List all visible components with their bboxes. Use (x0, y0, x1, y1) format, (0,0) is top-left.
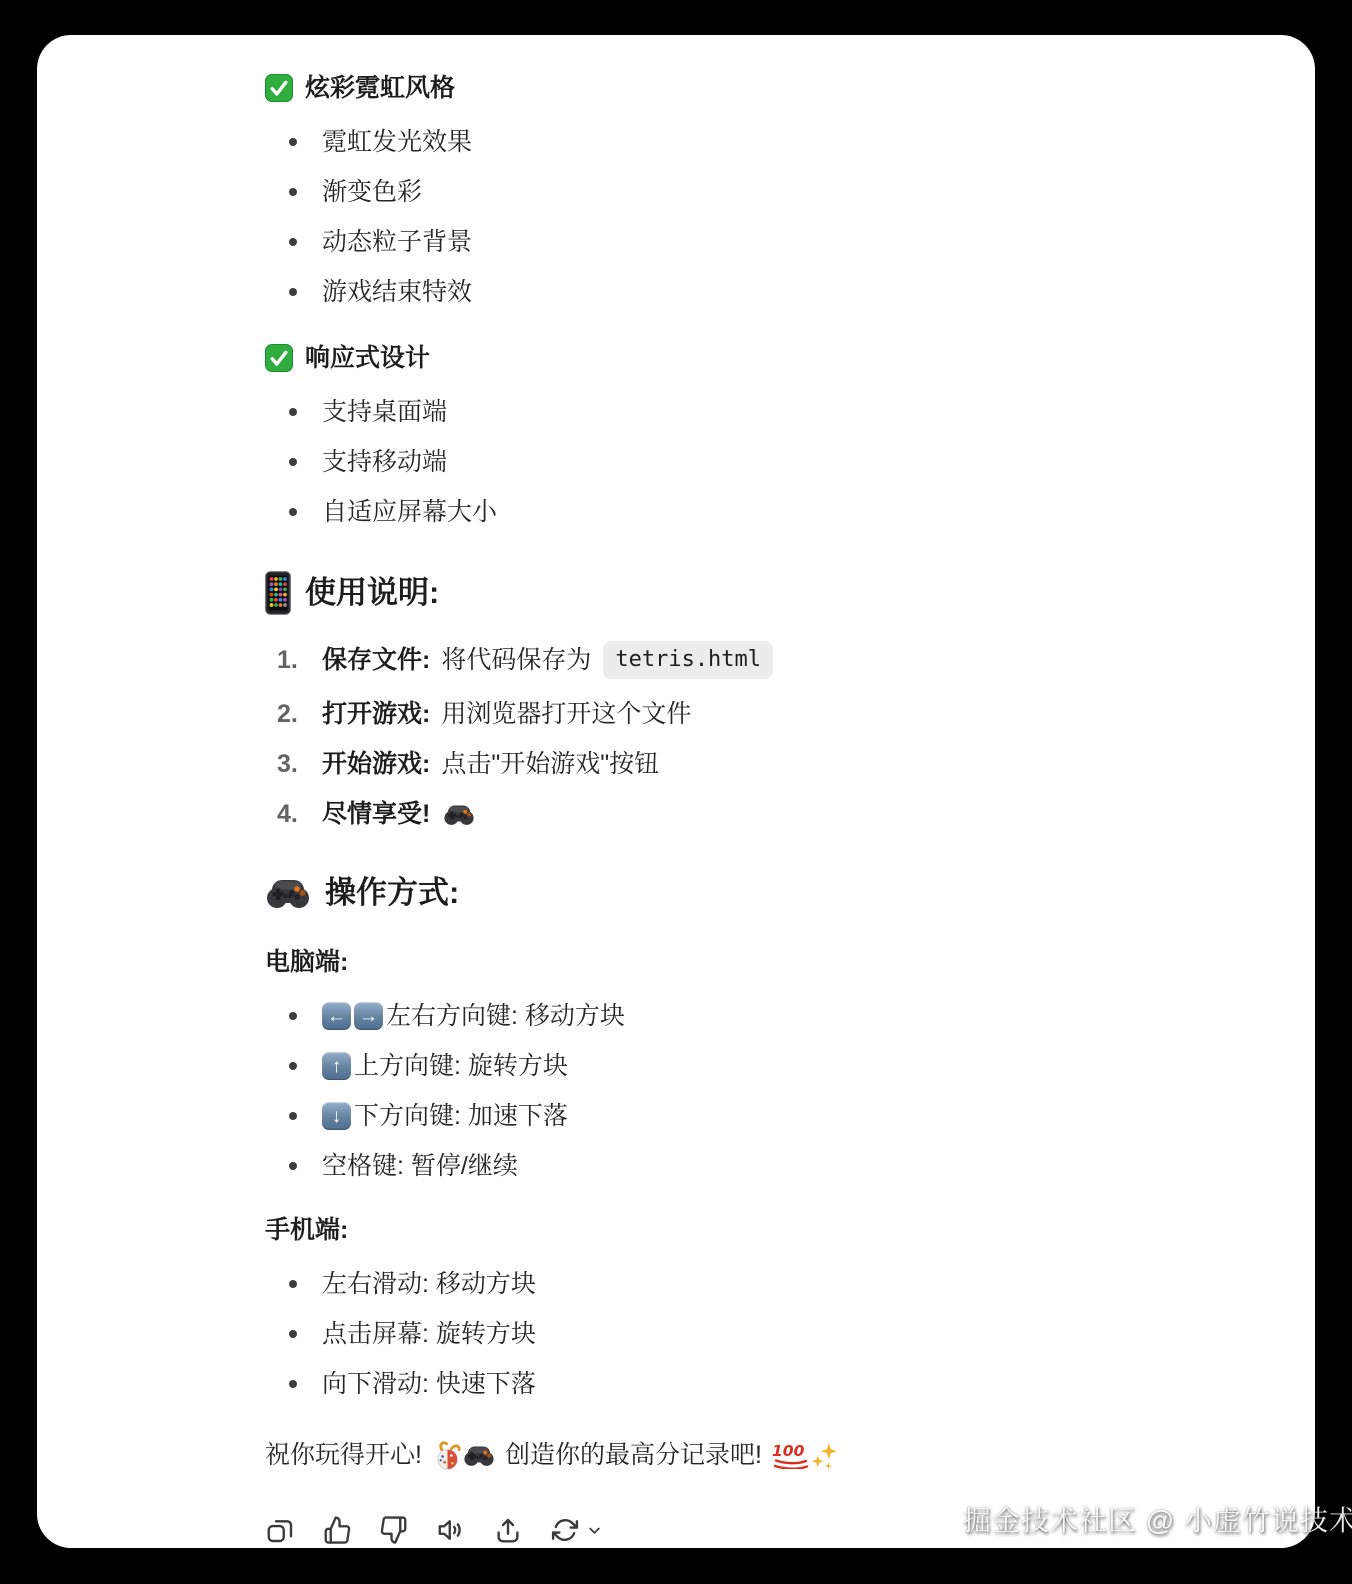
svg-text:100: 100 (772, 1442, 805, 1460)
list-item: 自适应屏幕大小 (265, 497, 1275, 527)
phone-emoji (265, 571, 291, 615)
regenerate-button[interactable] (550, 1515, 604, 1545)
list-item: 空格键: 暂停/继续 (265, 1151, 1275, 1181)
controls-heading: 操作方式: (265, 873, 1275, 913)
usage-steps: 1. 保存文件: 将代码保存为 tetris.html 2. 打开游戏: 用浏览… (265, 641, 1275, 829)
list-item: 点击屏幕: 旋转方块 (265, 1319, 1275, 1349)
confetti-emoji (432, 1440, 463, 1471)
list-item: ↓ 下方向键: 加速下落 (265, 1101, 1275, 1131)
feature-heading-neon: 炫彩霓虹风格 (265, 73, 1275, 103)
gamepad-emoji (443, 802, 475, 827)
list-item: 霓虹发光效果 (265, 127, 1275, 157)
list-item: 渐变色彩 (265, 177, 1275, 207)
gamepad-emoji (265, 875, 311, 911)
list-item: ← → 左右方向键: 移动方块 (265, 1001, 1275, 1031)
mobile-controls-list: 左右滑动: 移动方块 点击屏幕: 旋转方块 向下滑动: 快速下落 (265, 1269, 1275, 1399)
feature-list-responsive: 支持桌面端 支持移动端 自适应屏幕大小 (265, 397, 1275, 527)
message-card: 炫彩霓虹风格 霓虹发光效果 渐变色彩 动态粒子背景 游戏结束特效 响应式设计 支… (37, 35, 1315, 1548)
thumbs-up-button[interactable] (322, 1515, 352, 1545)
desktop-controls-list: ← → 左右方向键: 移动方块 ↑ 上方向键: 旋转方块 ↓ 下方向键: 加速下… (265, 1001, 1275, 1181)
chevron-down-icon (585, 1521, 604, 1540)
message-content: 炫彩霓虹风格 霓虹发光效果 渐变色彩 动态粒子背景 游戏结束特效 响应式设计 支… (37, 35, 1315, 1545)
thumbs-up-icon (322, 1515, 352, 1545)
list-item: 动态粒子背景 (265, 227, 1275, 257)
feature-list-neon: 霓虹发光效果 渐变色彩 动态粒子背景 游戏结束特效 (265, 127, 1275, 307)
step-item: 3. 开始游戏: 点击"开始游戏"按钮 (265, 749, 1275, 779)
copy-icon (265, 1515, 295, 1545)
check-emoji (265, 344, 293, 372)
feature-heading-responsive: 响应式设计 (265, 343, 1275, 373)
arrow-up-emoji: ↑ (322, 1052, 351, 1080)
step-item: 4. 尽情享受! (265, 799, 1275, 829)
hundred-emoji: 100 (772, 1441, 810, 1469)
speaker-icon (436, 1515, 466, 1545)
desktop-subheading: 电脑端: (265, 947, 1275, 977)
check-emoji (265, 74, 293, 102)
step-item: 1. 保存文件: 将代码保存为 tetris.html (265, 641, 1275, 679)
usage-heading: 使用说明: (265, 571, 1275, 615)
controls-title: 操作方式: (325, 873, 459, 913)
code-chip: tetris.html (603, 641, 773, 679)
list-item: 游戏结束特效 (265, 277, 1275, 307)
read-aloud-button[interactable] (436, 1515, 466, 1545)
regenerate-icon (550, 1515, 580, 1545)
watermark: 掘金技术社区 @ 小虚竹说技术 (963, 1499, 1352, 1539)
step-item: 2. 打开游戏: 用浏览器打开这个文件 (265, 699, 1275, 729)
arrow-down-emoji: ↓ (322, 1102, 351, 1130)
share-button[interactable] (493, 1515, 523, 1545)
upload-icon (493, 1515, 523, 1545)
thumbs-down-button[interactable] (379, 1515, 409, 1545)
gamepad-emoji (463, 1443, 495, 1468)
list-item: 支持移动端 (265, 447, 1275, 477)
feature-title: 炫彩霓虹风格 (305, 73, 455, 103)
arrow-left-emoji: ← (322, 1002, 351, 1030)
list-item: 左右滑动: 移动方块 (265, 1269, 1275, 1299)
thumbs-down-icon (379, 1515, 409, 1545)
mobile-subheading: 手机端: (265, 1215, 1275, 1245)
list-item: 向下滑动: 快速下落 (265, 1369, 1275, 1399)
closing-message: 祝你玩得开心! 创造你的最高分记录吧! 100 (265, 1439, 1275, 1471)
list-item: ↑ 上方向键: 旋转方块 (265, 1051, 1275, 1081)
feature-title: 响应式设计 (305, 343, 430, 373)
sparkles-emoji (810, 1441, 839, 1470)
copy-button[interactable] (265, 1515, 295, 1545)
arrow-right-emoji: → (354, 1002, 383, 1030)
usage-title: 使用说明: (305, 573, 439, 613)
list-item: 支持桌面端 (265, 397, 1275, 427)
